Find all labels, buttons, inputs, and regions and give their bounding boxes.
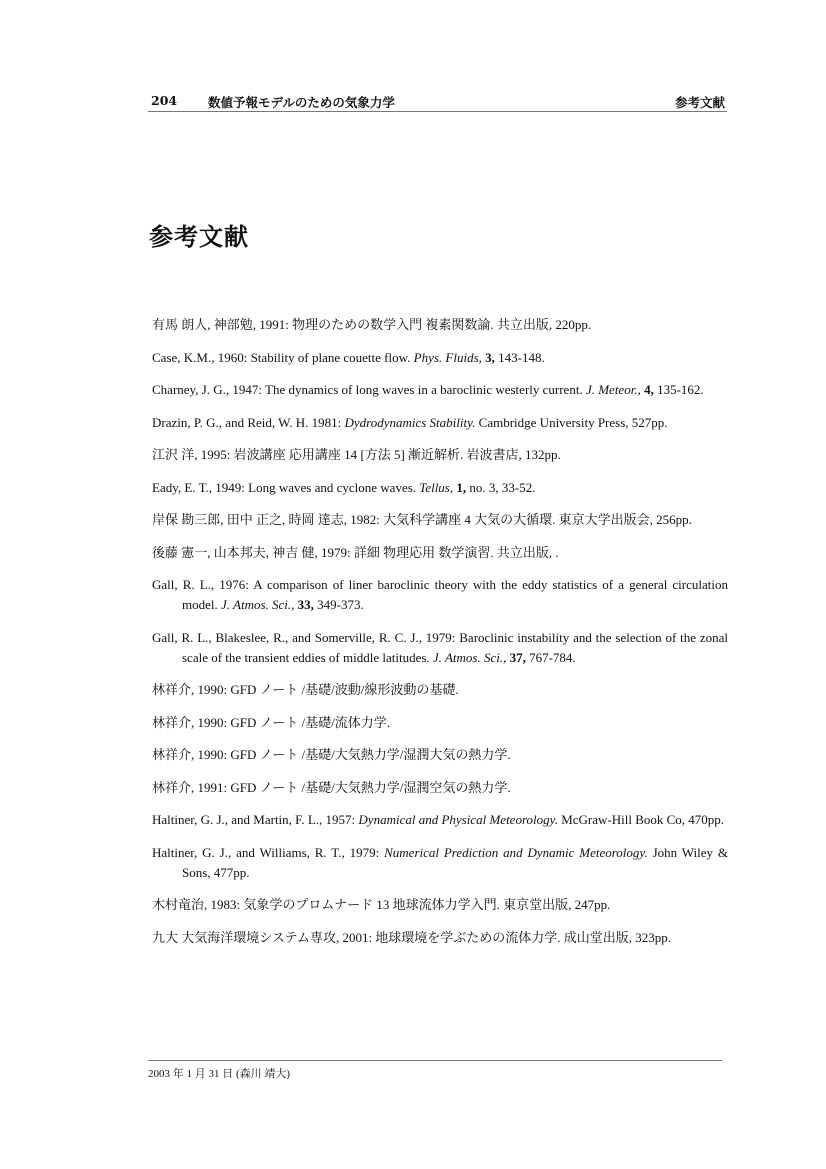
reference-volume: 1, — [456, 480, 466, 495]
reference-text: 江沢 洋, 1995: 岩波講座 応用講座 14 [方法 5] 漸近解析. 岩波… — [152, 447, 561, 462]
reference-title-italic: Tellus, — [419, 480, 453, 495]
reference-text: Charney, J. G., 1947: The dynamics of lo… — [152, 382, 586, 397]
reference-text: Haltiner, G. J., and Williams, R. T., 19… — [152, 845, 384, 860]
reference-entry: Gall, R. L., 1976: A comparison of liner… — [152, 575, 728, 615]
reference-entry: Haltiner, G. J., and Martin, F. L., 1957… — [152, 810, 728, 830]
reference-text: 林祥介, 1991: GFD ノート /基礎/大気熱力学/湿潤空気の熱力学. — [152, 780, 511, 795]
reference-volume: 4, — [644, 382, 654, 397]
section-name: 参考文献 — [675, 93, 725, 111]
reference-title-italic: J. Atmos. Sci., — [221, 597, 294, 612]
reference-entry: Drazin, P. G., and Reid, W. H. 1981: Dyd… — [152, 413, 728, 433]
reference-list: 有馬 朗人, 神部勉, 1991: 物理のための数学入門 複素関数論. 共立出版… — [152, 315, 728, 960]
reference-text: 木村竜治, 1983: 気象学のプロムナード 13 地球流体力学入門. 東京堂出… — [152, 897, 610, 912]
reference-text: 岸保 勘三郎, 田中 正之, 時岡 達志, 1982: 大気科学講座 4 大気の… — [152, 512, 692, 527]
reference-entry: Eady, E. T., 1949: Long waves and cyclon… — [152, 478, 728, 498]
reference-title-italic: Numerical Prediction and Dynamic Meteoro… — [384, 845, 648, 860]
reference-entry: 後藤 憲一, 山本邦夫, 神吉 健, 1979: 詳細 物理応用 数学演習. 共… — [152, 543, 728, 563]
reference-volume: 37, — [510, 650, 526, 665]
reference-text: Drazin, P. G., and Reid, W. H. 1981: — [152, 415, 344, 430]
reference-title-italic: Phys. Fluids, — [414, 350, 482, 365]
running-head: 204 数値予報モデルのための気象力学 参考文献 — [148, 93, 727, 112]
reference-text: 林祥介, 1990: GFD ノート /基礎/波動/線形波動の基礎. — [152, 682, 459, 697]
reference-entry: 木村竜治, 1983: 気象学のプロムナード 13 地球流体力学入門. 東京堂出… — [152, 895, 728, 915]
reference-text: 林祥介, 1990: GFD ノート /基礎/流体力学. — [152, 715, 390, 730]
reference-title-italic: J. Atmos. Sci., — [433, 650, 506, 665]
reference-volume: 33, — [298, 597, 314, 612]
reference-text: 林祥介, 1990: GFD ノート /基礎/大気熱力学/湿潤大気の熱力学. — [152, 747, 511, 762]
reference-text: 後藤 憲一, 山本邦夫, 神吉 健, 1979: 詳細 物理応用 数学演習. 共… — [152, 545, 559, 560]
footer-rule — [148, 1060, 722, 1061]
reference-entry: 林祥介, 1990: GFD ノート /基礎/流体力学. — [152, 713, 728, 733]
reference-title-italic: Dydrodynamics Stability. — [344, 415, 475, 430]
footer-date-author: 2003 年 1 月 31 日 (森川 靖大) — [148, 1065, 290, 1081]
reference-text: Case, K.M., 1960: Stability of plane cou… — [152, 350, 414, 365]
reference-text: no. 3, 33-52. — [466, 480, 535, 495]
reference-entry: 有馬 朗人, 神部勉, 1991: 物理のための数学入門 複素関数論. 共立出版… — [152, 315, 728, 335]
reference-entry: 九大 大気海洋環境システム専攻, 2001: 地球環境を学ぶための流体力学. 成… — [152, 928, 728, 948]
reference-entry: Gall, R. L., Blakeslee, R., and Somervil… — [152, 628, 728, 668]
reference-entry: 江沢 洋, 1995: 岩波講座 応用講座 14 [方法 5] 漸近解析. 岩波… — [152, 445, 728, 465]
reference-entry: Charney, J. G., 1947: The dynamics of lo… — [152, 380, 728, 400]
reference-entry: 林祥介, 1991: GFD ノート /基礎/大気熱力学/湿潤空気の熱力学. — [152, 778, 728, 798]
reference-title-italic: Dynamical and Physical Meteorology. — [358, 812, 558, 827]
reference-text: McGraw-Hill Book Co, 470pp. — [558, 812, 724, 827]
reference-text: Haltiner, G. J., and Martin, F. L., 1957… — [152, 812, 358, 827]
reference-entry: 林祥介, 1990: GFD ノート /基礎/波動/線形波動の基礎. — [152, 680, 728, 700]
reference-volume: 3, — [485, 350, 495, 365]
reference-entry: Case, K.M., 1960: Stability of plane cou… — [152, 348, 728, 368]
reference-text: 135-162. — [654, 382, 704, 397]
reference-text: 有馬 朗人, 神部勉, 1991: 物理のための数学入門 複素関数論. 共立出版… — [152, 317, 591, 332]
reference-title-italic: J. Meteor. — [586, 382, 638, 397]
reference-entry: 林祥介, 1990: GFD ノート /基礎/大気熱力学/湿潤大気の熱力学. — [152, 745, 728, 765]
reference-text: 349-373. — [314, 597, 364, 612]
reference-text: 767-784. — [526, 650, 576, 665]
reference-text: 143-148. — [495, 350, 545, 365]
page-number: 204 — [151, 93, 177, 108]
book-title: 数値予報モデルのための気象力学 — [208, 93, 395, 111]
reference-text: Cambridge University Press, 527pp. — [475, 415, 667, 430]
reference-entry: Haltiner, G. J., and Williams, R. T., 19… — [152, 843, 728, 883]
reference-text: Eady, E. T., 1949: Long waves and cyclon… — [152, 480, 419, 495]
chapter-title: 参考文献 — [149, 217, 249, 252]
reference-entry: 岸保 勘三郎, 田中 正之, 時岡 達志, 1982: 大気科学講座 4 大気の… — [152, 510, 728, 530]
reference-text: 九大 大気海洋環境システム専攻, 2001: 地球環境を学ぶための流体力学. 成… — [152, 930, 671, 945]
